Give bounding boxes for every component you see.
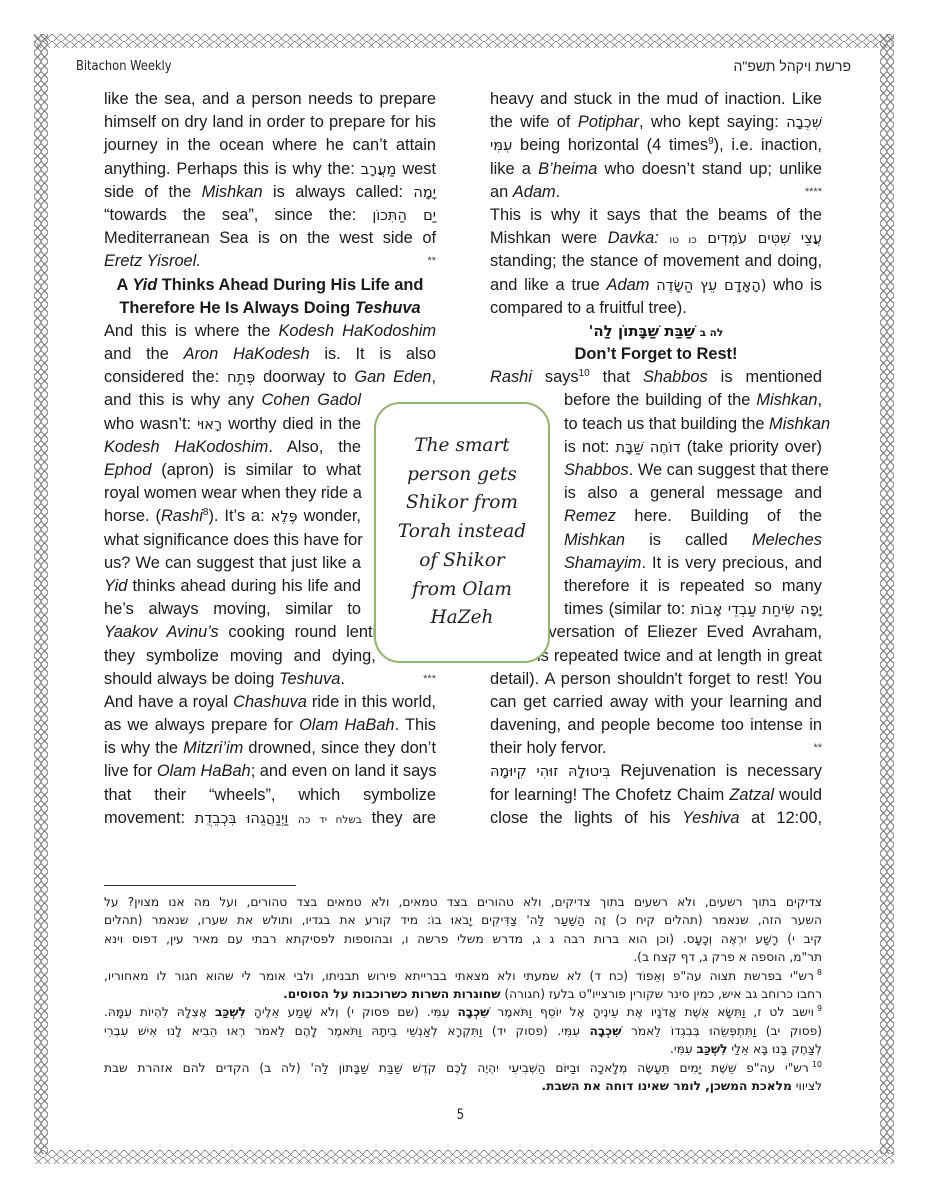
text-line: can get carried away with your learning … bbox=[490, 691, 822, 714]
footnote-line: לְצַחֶק בָּנוּ בָּא אֵלַי לִשְׁכַּב עִמִ… bbox=[104, 1040, 822, 1058]
text-line: times (similar to: יָפָה שִׂיחַת עַבְדֵי… bbox=[564, 598, 822, 621]
text-line: movement: וַיְנַהֲגֵהוּ בִּכְבֵדֻת בשלח … bbox=[104, 807, 436, 830]
pull-quote-box: The smart person gets Shikor from Torah … bbox=[374, 402, 550, 663]
text-line: And this is where the Kodesh HaKodoshim bbox=[104, 320, 436, 343]
footnote-separator bbox=[104, 885, 296, 886]
text-line: detail). A person shouldn't forget to re… bbox=[490, 668, 822, 691]
text-line: and the Aron HaKodesh is. It is also bbox=[104, 343, 436, 366]
text-line: who wasn’t: רָאוּי worthy died in the bbox=[104, 413, 361, 436]
text-line: Ephod (apron) is similar to what bbox=[104, 459, 361, 482]
text-line: standing; the stance of movement and doi… bbox=[490, 250, 822, 273]
text-line: davening, and people become too intense … bbox=[490, 714, 822, 737]
footnote-10: 10רש"י עה"פ שֵׁשֶׁת יָמִים תֵּעָשֶׂה מְל… bbox=[104, 1059, 822, 1077]
text-line: עִמִּי being horizontal (4 times9), i.e.… bbox=[490, 134, 822, 157]
text-line: like the sea, and a person needs to prep… bbox=[104, 88, 436, 111]
text-line: as we always prepare for Olam HaBah. Thi… bbox=[104, 714, 436, 737]
text-line: us? We can suggest that just like a bbox=[104, 552, 361, 575]
page-border-top bbox=[34, 34, 894, 48]
text-line: what significance does this have for bbox=[104, 529, 361, 552]
text-line: compared to a fruitful tree). bbox=[490, 297, 822, 320]
text-line: Eretz Yisroel.** bbox=[104, 250, 436, 273]
footnote-line: קיב י) רָשָׁע יִרְאֶה וְכָעָס. (וכן הוא … bbox=[104, 930, 822, 948]
text-line: side of the Mishkan is always called: יָ… bbox=[104, 181, 436, 204]
text-line: Remez here. Building of the bbox=[564, 505, 822, 528]
text-line: Mishkan is called Meleches bbox=[564, 529, 822, 552]
text-line: live for Olam HaBah; and even on land it… bbox=[104, 760, 436, 783]
page-number: 5 bbox=[457, 1107, 465, 1123]
text-line: This is why it says that the beams of th… bbox=[490, 204, 822, 227]
text-line: And have a royal Chashuva ride in this w… bbox=[104, 691, 436, 714]
text-line: Rashi says10 that Shabbos is mentioned bbox=[490, 366, 822, 389]
footnote-line: לציווי מלאכת המשכן, לומר שאינו דוחה את ה… bbox=[104, 1077, 822, 1095]
text-line: journey in the ocean where he can’t atta… bbox=[104, 134, 436, 157]
text-line: Shabbos. We can suggest that there bbox=[564, 459, 822, 482]
section-heading: Therefore He Is Always Doing Teshuva bbox=[104, 297, 436, 320]
text-line: himself on dry land in order to prepare … bbox=[104, 111, 436, 134]
text-line: and this is why any Cohen Gadol bbox=[104, 389, 361, 412]
text-line: horse. (Rashi8). It’s a: פֶּלֶא wonder, bbox=[104, 505, 361, 528]
parsha-title: פרשת ויקהל תשפ"ה bbox=[733, 58, 851, 74]
text-line: anything. Perhaps this is why the: מַעֲר… bbox=[104, 158, 436, 181]
text-line: before the building of the Mishkan, bbox=[564, 389, 822, 412]
text-line: Shamayim. It is very precious, and bbox=[564, 552, 822, 575]
footnote-line: השער הזה, שנאמר (תהלים קיח כ) זֶה הַשַּׁ… bbox=[104, 911, 822, 929]
footnote-line: תר"מ, הוספה א פרק ג, דף קצח ב). bbox=[104, 948, 822, 966]
page-border-bottom bbox=[34, 1150, 894, 1164]
text-line: that their “wheels”, which symbolize bbox=[104, 784, 436, 807]
text-line: Mishkan were Davka: כו טו עֲצֵי שִׁטִּים… bbox=[490, 227, 822, 250]
text-line: is why the Mitzri’im drowned, since they… bbox=[104, 737, 436, 760]
text-line: is not: דוֹחֶה שַׁבָּת (take priority ov… bbox=[564, 436, 822, 459]
text-line: should always be doing Teshuva.*** bbox=[104, 668, 436, 691]
text-line: an Adam.**** bbox=[490, 181, 822, 204]
text-line: is also a general message and bbox=[564, 482, 822, 505]
footnote-8: 8רש"י בפרשת תצוה עה"פ וְאֵפוֹד (כח ד) לא… bbox=[104, 967, 822, 985]
text-line: considered the: פֶּתַח doorway to Gan Ed… bbox=[104, 366, 436, 389]
footnote-line: (פסוק יב) וַתִּתְפְּשֵׂהוּ בְּבִגְדוֹ לֵ… bbox=[104, 1022, 822, 1040]
footnote-line: צדיקים בתוך רשעים, ולא רשעים בתוך צדיקים… bbox=[104, 893, 822, 911]
pull-quote-text: The smart person gets Shikor from Torah … bbox=[398, 432, 526, 633]
publication-title: Bitachon Weekly bbox=[76, 58, 172, 74]
text-line: for learning! The Chofetz Chaim Zatzal w… bbox=[490, 784, 822, 807]
text-line: the wife of Potiphar, who kept saying: ש… bbox=[490, 111, 822, 134]
text-line: and like a true Adam (הָאָדָם עֵץ הַשָּׂ… bbox=[490, 274, 822, 297]
text-line: Mediterranean Sea is on the west side of bbox=[104, 227, 436, 250]
text-line: like a B’heima who doesn’t stand up; unl… bbox=[490, 158, 822, 181]
text-line: heavy and stuck in the mud of inaction. … bbox=[490, 88, 822, 111]
footnote-line: רחבו כרוחב גב איש, כמין סינר שקורין פורצ… bbox=[104, 985, 822, 1003]
text-line: Kodesh HaKodoshim. Also, the bbox=[104, 436, 361, 459]
text-line: he’s always moving, similar to bbox=[104, 598, 361, 621]
section-heading: Don’t Forget to Rest! bbox=[490, 343, 822, 366]
text-line: close the lights of his Yeshiva at 12:00… bbox=[490, 807, 822, 830]
text-line: to teach us that building the Mishkan bbox=[564, 413, 822, 436]
text-line: Yid thinks ahead during his life and bbox=[104, 575, 361, 598]
page-border-left bbox=[34, 34, 48, 1154]
text-line: therefore it is repeated so many bbox=[564, 575, 822, 598]
section-heading-hebrew: שַׁבַּת שַׁבָּתוֹן לַה' לה ב bbox=[490, 320, 822, 343]
text-line: their holy fervor.** bbox=[490, 737, 822, 760]
page-border-right bbox=[880, 34, 894, 1154]
section-heading: A Yid Thinks Ahead During His Life and bbox=[104, 274, 436, 297]
text-line: “towards the sea”, since the: יַם הַתִּכ… bbox=[104, 204, 436, 227]
footnotes: צדיקים בתוך רשעים, ולא רשעים בתוך צדיקים… bbox=[104, 893, 822, 1095]
footnote-9: 9וישב לט ז, וַתִּשָּׂא אֵשֶׁת אֲדֹנָיו א… bbox=[104, 1003, 822, 1021]
text-line: בִּיטוּלָהּ זוּהִי קִיוּמָהּ Rejuvenatio… bbox=[490, 760, 822, 783]
text-line: royal women wear when they ride a bbox=[104, 482, 361, 505]
